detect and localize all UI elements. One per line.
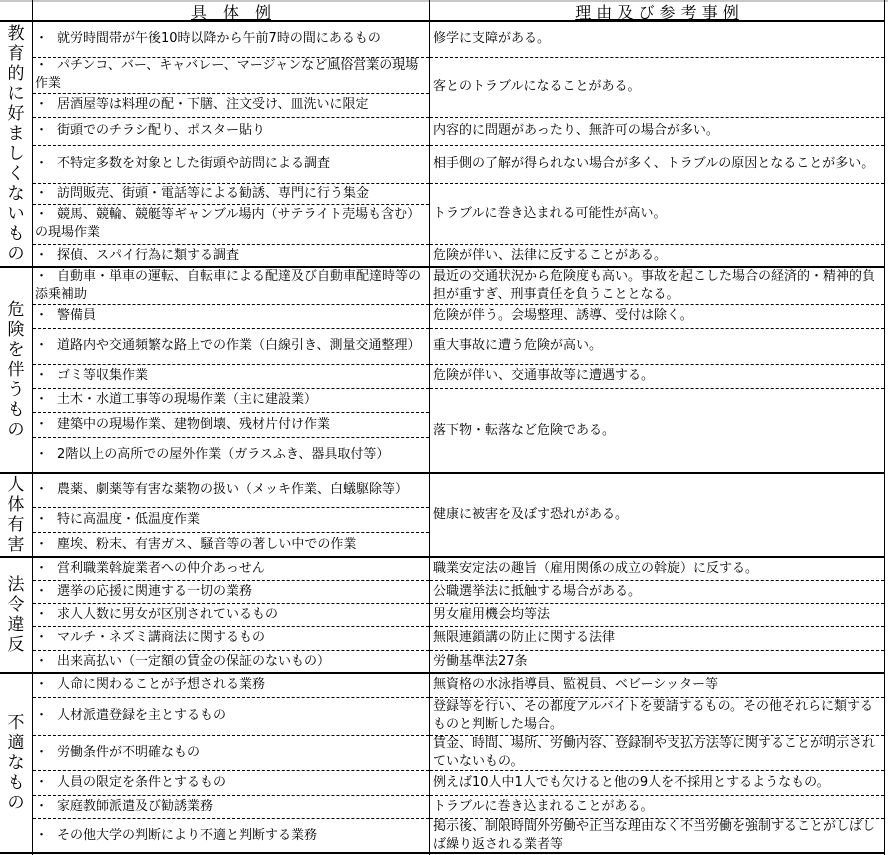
example-label: 不特定多数を対象とした街頭や訪問による調査 xyxy=(57,156,330,171)
category-char: く xyxy=(8,164,25,184)
bullet-icon: ・ xyxy=(35,122,57,140)
example-label: 特に高温度・低温度作業 xyxy=(57,512,200,527)
example-text: ・訪問販売、街頭・電話等による勧誘、専門に行う集金 xyxy=(35,185,369,203)
reason-row: 相手側の了解が得られない場合が多く、トラブルの原因となることが多い。 xyxy=(431,145,883,183)
category-char: の xyxy=(8,420,25,440)
example-label: 家庭教師派遣及び勧誘業務 xyxy=(57,799,213,814)
reason-label: 危険が伴う。会場整理、誘導、受付は除く。 xyxy=(433,307,693,325)
example-label: その他大学の判断により不適と判断する業務 xyxy=(57,828,317,843)
example-row: ・求人人数に男女が区別されているもの xyxy=(33,603,429,626)
reason-label: 労働基準法27条 xyxy=(433,653,528,671)
example-text: ・パチンコ、バー、キャバレー、マージャンなど風俗営業の現場作業 xyxy=(35,57,429,93)
example-label: 2階以上の高所での屋外作業（ガラスふき、器具取付等） xyxy=(57,447,389,462)
bullet-icon: ・ xyxy=(35,57,57,75)
bullet-icon: ・ xyxy=(35,629,57,647)
ineligible-jobs-table: 具 体 例 理 由 及 び 参 考 事 例 教育的に好ましくないもの・就労時間帯… xyxy=(0,0,888,855)
reason-label: トラブルに巻き込まれることがある。 xyxy=(433,798,653,816)
category-char: 害 xyxy=(8,535,25,555)
category-char: 有 xyxy=(8,515,25,535)
header-reasons: 理 由 及 び 参 考 事 例 xyxy=(430,2,884,21)
category-char: う xyxy=(8,380,25,400)
category-char: 体 xyxy=(8,495,25,515)
example-label: 求人人数に男女が区別されているもの xyxy=(57,607,278,622)
reason-label: 公職選挙法に抵触する場合がある。 xyxy=(433,583,641,601)
example-text: ・その他大学の判断により不適と判断する業務 xyxy=(35,827,317,845)
bullet-icon: ・ xyxy=(35,30,57,48)
bullet-icon: ・ xyxy=(35,416,57,434)
reason-row: 賃金、時間、場所、労働内容、登録制や支払方法等に関することが明示されていないもの… xyxy=(431,735,883,770)
bullet-icon: ・ xyxy=(35,307,57,325)
divider-middle xyxy=(429,0,430,855)
example-label: 道路内や交通頻繁な路上での作業（白線引き、測量交通整理） xyxy=(57,338,420,353)
example-text: ・労働条件が不明確なもの xyxy=(35,744,200,762)
reason-label: 内容的に問題があったり、無許可の場合が多い。 xyxy=(433,122,719,140)
example-row: ・道路内や交通頻繁な路上での作業（白線引き、測量交通整理） xyxy=(33,328,429,364)
reason-row: 修学に支障がある。 xyxy=(431,21,883,57)
category-char: 好 xyxy=(8,104,25,124)
example-row: ・競馬、競輪、競艇等ギャンブル場内（サテライト売場も含む）の現場作業 xyxy=(33,204,429,244)
example-row: ・ゴミ等収集作業 xyxy=(33,364,429,388)
reason-label: 相手側の了解が得られない場合が多く、トラブルの原因となることが多い。 xyxy=(433,155,874,173)
category-char: 危 xyxy=(8,300,25,320)
example-row: ・選挙の応援に関連する一切の業務 xyxy=(33,580,429,603)
category-char: 伴 xyxy=(8,360,25,380)
example-label: 農薬、劇薬等有害な薬物の扱い（メッキ作業、白蟻駆除等） xyxy=(57,482,408,497)
category-char: を xyxy=(8,340,25,360)
reason-row: 客とのトラブルになることがある。 xyxy=(431,57,883,117)
bullet-icon: ・ xyxy=(35,798,57,816)
reason-label: 客とのトラブルになることがある。 xyxy=(433,78,640,96)
example-text: ・建築中の現場作業、建物倒壊、残材片付け作業 xyxy=(35,416,330,434)
reason-label: 登録等を行い、その都度アルバイトを要請するもの。その他それらに類するものと判断し… xyxy=(433,698,883,734)
example-row: ・塵埃、粉末、有害ガス、騒音等の著しい中での作業 xyxy=(33,532,429,557)
example-text: ・人命に関わることが予想される業務 xyxy=(35,676,265,694)
bullet-icon: ・ xyxy=(35,653,57,671)
example-text: ・警備員 xyxy=(35,307,96,325)
example-row: ・その他大学の判断により不適と判断する業務 xyxy=(33,818,429,853)
reason-label: 掲示後、制限時間外労働や正当な理由なく不当労働を強制することがしばしば繰り返され… xyxy=(433,818,883,853)
example-row: ・不特定多数を対象とした街頭や訪問による調査 xyxy=(33,145,429,183)
example-text: ・不特定多数を対象とした街頭や訪問による調査 xyxy=(35,155,330,173)
reason-label: 最近の交通状況から危険度も高い。事故を起こした場合の経済的・精神的負担が重すぎ、… xyxy=(433,268,883,304)
reason-row: 最近の交通状況から危険度も高い。事故を起こした場合の経済的・精神的負担が重すぎ、… xyxy=(431,267,883,304)
bullet-icon: ・ xyxy=(35,155,57,173)
category-cell: 教育的に好ましくないもの xyxy=(0,21,32,267)
bullet-icon: ・ xyxy=(35,827,57,845)
category-char: 適 xyxy=(8,733,25,753)
example-label: 街頭でのチラシ配り、ポスター貼り xyxy=(57,123,265,138)
reason-label: 危険が伴い、法律に反することがある。 xyxy=(433,247,667,265)
example-row: ・人命に関わることが予想される業務 xyxy=(33,673,429,697)
category-char: 法 xyxy=(8,575,25,595)
example-row: ・営利職業斡旋業者への仲介あっせん xyxy=(33,557,429,580)
example-label: 就労時間帯が午後10時以降から午前7時の間にあるもの xyxy=(57,31,381,46)
category-cell: 法令違反 xyxy=(0,557,32,673)
example-text: ・道路内や交通頻繁な路上での作業（白線引き、測量交通整理） xyxy=(35,337,420,355)
reason-row: 重大事故に遭う危険が高い。 xyxy=(431,328,883,364)
reason-label: 危険が伴い、交通事故等に遭遇する。 xyxy=(433,367,654,385)
example-label: 訪問販売、街頭・電話等による勧誘、専門に行う集金 xyxy=(57,186,369,201)
bullet-icon: ・ xyxy=(35,247,57,265)
example-text: ・2階以上の高所での屋外作業（ガラスふき、器具取付等） xyxy=(35,446,389,464)
category-char: も xyxy=(8,400,25,420)
example-label: 人材派遣登録を主とするもの xyxy=(57,708,226,723)
category-char: の xyxy=(8,244,25,264)
example-text: ・農薬、劇薬等有害な薬物の扱い（メッキ作業、白蟻駆除等） xyxy=(35,481,408,499)
reason-label: 男女雇用機会均等法 xyxy=(433,606,550,624)
example-row: ・居酒屋等は料理の配・下膳、注文受け、皿洗いに限定 xyxy=(33,93,429,117)
example-text: ・街頭でのチラシ配り、ポスター貼り xyxy=(35,122,265,140)
example-row: ・2階以上の高所での屋外作業（ガラスふき、器具取付等） xyxy=(33,437,429,473)
example-text: ・居酒屋等は料理の配・下膳、注文受け、皿洗いに限定 xyxy=(35,96,368,114)
example-row: ・自動車・単車の運転、自転車による配達及び自動車配達時等の添乗補助 xyxy=(33,267,429,304)
example-text: ・マルチ・ネズミ講商法に関するもの xyxy=(35,629,265,647)
bullet-icon: ・ xyxy=(35,560,57,578)
bullet-icon: ・ xyxy=(35,774,57,792)
example-row: ・人材派遣登録を主とするもの xyxy=(33,697,429,735)
example-label: 自動車・単車の運転、自転車による配達及び自動車配達時等の添乗補助 xyxy=(35,269,421,302)
reason-row: 男女雇用機会均等法 xyxy=(431,603,883,626)
reason-row: 危険が伴い、交通事故等に遭遇する。 xyxy=(431,364,883,388)
category-char: し xyxy=(8,144,25,164)
reason-label: トラブルに巻き込まれる可能性が高い。 xyxy=(433,205,666,223)
example-text: ・就労時間帯が午後10時以降から午前7時の間にあるもの xyxy=(35,30,381,48)
bullet-icon: ・ xyxy=(35,744,57,762)
example-label: 営利職業斡旋業者への仲介あっせん xyxy=(57,561,265,576)
example-row: ・農薬、劇薬等有害な薬物の扱い（メッキ作業、白蟻駆除等） xyxy=(33,473,429,507)
example-label: 探偵、スパイ行為に類する調査 xyxy=(57,248,239,263)
category-char: も xyxy=(8,224,25,244)
bullet-icon: ・ xyxy=(35,583,57,601)
category-char: 不 xyxy=(8,713,25,733)
reason-label: 重大事故に遭う危険が高い。 xyxy=(433,337,602,355)
example-text: ・求人人数に男女が区別されているもの xyxy=(35,606,278,624)
example-text: ・自動車・単車の運転、自転車による配達及び自動車配達時等の添乗補助 xyxy=(35,268,429,304)
bullet-icon: ・ xyxy=(35,511,57,529)
example-row: ・探偵、スパイ行為に類する調査 xyxy=(33,244,429,267)
divider-right xyxy=(884,0,885,855)
example-label: ゴミ等収集作業 xyxy=(57,368,148,383)
category-char: 的 xyxy=(8,64,25,84)
reason-row: 危険が伴う。会場整理、誘導、受付は除く。 xyxy=(431,304,883,328)
bullet-icon: ・ xyxy=(35,707,57,725)
example-text: ・ゴミ等収集作業 xyxy=(35,367,148,385)
example-label: 人員の限定を条件とするもの xyxy=(57,775,226,790)
bullet-icon: ・ xyxy=(35,676,57,694)
category-char: な xyxy=(8,184,25,204)
category-char: に xyxy=(8,84,25,104)
reason-row: 無限連鎖講の防止に関する法律 xyxy=(431,626,883,650)
category-char: の xyxy=(8,793,25,813)
example-row: ・労働条件が不明確なもの xyxy=(33,735,429,770)
category-char: 違 xyxy=(8,615,25,635)
example-label: 選挙の応援に関連する一切の業務 xyxy=(57,584,252,599)
example-text: ・営利職業斡旋業者への仲介あっせん xyxy=(35,560,265,578)
reason-row: トラブルに巻き込まれることがある。 xyxy=(431,795,883,818)
reason-row: 健康に被害を及ぼす恐れがある。 xyxy=(431,473,883,557)
example-label: 人命に関わることが予想される業務 xyxy=(57,677,265,692)
category-cell: 不適なもの xyxy=(0,673,32,853)
bullet-icon: ・ xyxy=(35,606,57,624)
bullet-icon: ・ xyxy=(35,536,57,554)
example-row: ・街頭でのチラシ配り、ポスター貼り xyxy=(33,117,429,145)
reason-row: 例えば10人中1人でも欠けると他の9人を不採用とするようなもの。 xyxy=(431,770,883,795)
category-char: ま xyxy=(8,124,25,144)
category-char: 令 xyxy=(8,595,25,615)
bullet-icon: ・ xyxy=(35,481,57,499)
category-char: 反 xyxy=(8,635,25,655)
example-row: ・パチンコ、バー、キャバレー、マージャンなど風俗営業の現場作業 xyxy=(33,57,429,93)
example-text: ・人材派遣登録を主とするもの xyxy=(35,707,226,725)
category-char: も xyxy=(8,773,25,793)
reason-row: トラブルに巻き込まれる可能性が高い。 xyxy=(431,183,883,244)
bullet-icon: ・ xyxy=(35,367,57,385)
reason-label: 無資格の水泳指導員、監視員、ベビーシッター等 xyxy=(433,676,718,694)
reason-row: 内容的に問題があったり、無許可の場合が多い。 xyxy=(431,117,883,145)
bullet-icon: ・ xyxy=(35,206,57,224)
category-char: 教 xyxy=(8,24,25,44)
example-row: ・就労時間帯が午後10時以降から午前7時の間にあるもの xyxy=(33,21,429,57)
bullet-icon: ・ xyxy=(35,391,57,409)
example-label: 塵埃、粉末、有害ガス、騒音等の著しい中での作業 xyxy=(57,537,356,552)
reason-row: 労働基準法27条 xyxy=(431,650,883,673)
example-label: 土木・水道工事等の現場作業（主に建設業） xyxy=(57,392,317,407)
reason-label: 賃金、時間、場所、労働内容、登録制や支払方法等に関することが明示されていないもの… xyxy=(433,735,883,770)
example-row: ・建築中の現場作業、建物倒壊、残材片付け作業 xyxy=(33,412,429,437)
example-text: ・家庭教師派遣及び勧誘業務 xyxy=(35,798,213,816)
reason-row: 危険が伴い、法律に反することがある。 xyxy=(431,244,883,267)
example-row: ・訪問販売、街頭・電話等による勧誘、専門に行う集金 xyxy=(33,183,429,204)
reason-row: 職業安定法の趣旨（雇用関係の成立の斡旋）に反する。 xyxy=(431,557,883,580)
example-row: ・人員の限定を条件とするもの xyxy=(33,770,429,795)
category-char: 育 xyxy=(8,44,25,64)
example-text: ・人員の限定を条件とするもの xyxy=(35,774,226,792)
example-row: ・特に高温度・低温度作業 xyxy=(33,507,429,532)
example-text: ・土木・水道工事等の現場作業（主に建設業） xyxy=(35,391,317,409)
example-text: ・選挙の応援に関連する一切の業務 xyxy=(35,583,252,601)
reason-label: 落下物・転落など危険である。 xyxy=(433,422,615,440)
category-char: 険 xyxy=(8,320,25,340)
reason-label: 職業安定法の趣旨（雇用関係の成立の斡旋）に反する。 xyxy=(433,560,758,578)
bullet-icon: ・ xyxy=(35,96,57,114)
bullet-icon: ・ xyxy=(35,446,57,464)
bullet-icon: ・ xyxy=(35,337,57,355)
reason-row: 登録等を行い、その都度アルバイトを要請するもの。その他それらに類するものと判断し… xyxy=(431,697,883,735)
example-label: 建築中の現場作業、建物倒壊、残材片付け作業 xyxy=(57,417,330,432)
reason-label: 健康に被害を及ぼす恐れがある。 xyxy=(433,506,628,524)
example-text: ・特に高温度・低温度作業 xyxy=(35,511,200,529)
reason-label: 修学に支障がある。 xyxy=(433,30,550,48)
example-text: ・探偵、スパイ行為に類する調査 xyxy=(35,247,239,265)
example-label: 居酒屋等は料理の配・下膳、注文受け、皿洗いに限定 xyxy=(57,97,368,112)
category-char: な xyxy=(8,753,25,773)
example-text: ・出来高払い（一定額の賃金の保証のないもの） xyxy=(35,653,330,671)
reason-row: 落下物・転落など危険である。 xyxy=(431,388,883,473)
example-label: 労働条件が不明確なもの xyxy=(57,745,200,760)
category-char: 人 xyxy=(8,475,25,495)
example-label: パチンコ、バー、キャバレー、マージャンなど風俗営業の現場作業 xyxy=(35,58,418,91)
example-row: ・警備員 xyxy=(33,304,429,328)
example-label: 競馬、競輪、競艇等ギャンブル場内（サテライト売場も含む）の現場作業 xyxy=(35,207,420,240)
reason-row: 掲示後、制限時間外労働や正当な理由なく不当労働を強制することがしばしば繰り返され… xyxy=(431,818,883,853)
example-text: ・塵埃、粉末、有害ガス、騒音等の著しい中での作業 xyxy=(35,536,356,554)
example-label: マルチ・ネズミ講商法に関するもの xyxy=(57,630,265,645)
reason-label: 無限連鎖講の防止に関する法律 xyxy=(433,629,615,647)
reason-row: 無資格の水泳指導員、監視員、ベビーシッター等 xyxy=(431,673,883,697)
category-cell: 人体有害 xyxy=(0,473,32,557)
bullet-icon: ・ xyxy=(35,185,57,203)
example-label: 警備員 xyxy=(57,308,96,323)
reason-label: 例えば10人中1人でも欠けると他の9人を不採用とするようなもの。 xyxy=(433,774,830,792)
example-label: 出来高払い（一定額の賃金の保証のないもの） xyxy=(57,654,330,669)
example-row: ・土木・水道工事等の現場作業（主に建設業） xyxy=(33,388,429,412)
category-char: い xyxy=(8,204,25,224)
example-row: ・出来高払い（一定額の賃金の保証のないもの） xyxy=(33,650,429,673)
example-text: ・競馬、競輪、競艇等ギャンブル場内（サテライト売場も含む）の現場作業 xyxy=(35,206,429,242)
category-cell: 危険を伴うもの xyxy=(0,267,32,473)
reason-row: 公職選挙法に抵触する場合がある。 xyxy=(431,580,883,603)
bullet-icon: ・ xyxy=(35,268,57,286)
example-row: ・マルチ・ネズミ講商法に関するもの xyxy=(33,626,429,650)
example-row: ・家庭教師派遣及び勧誘業務 xyxy=(33,795,429,818)
header-examples: 具 体 例 xyxy=(33,2,429,21)
